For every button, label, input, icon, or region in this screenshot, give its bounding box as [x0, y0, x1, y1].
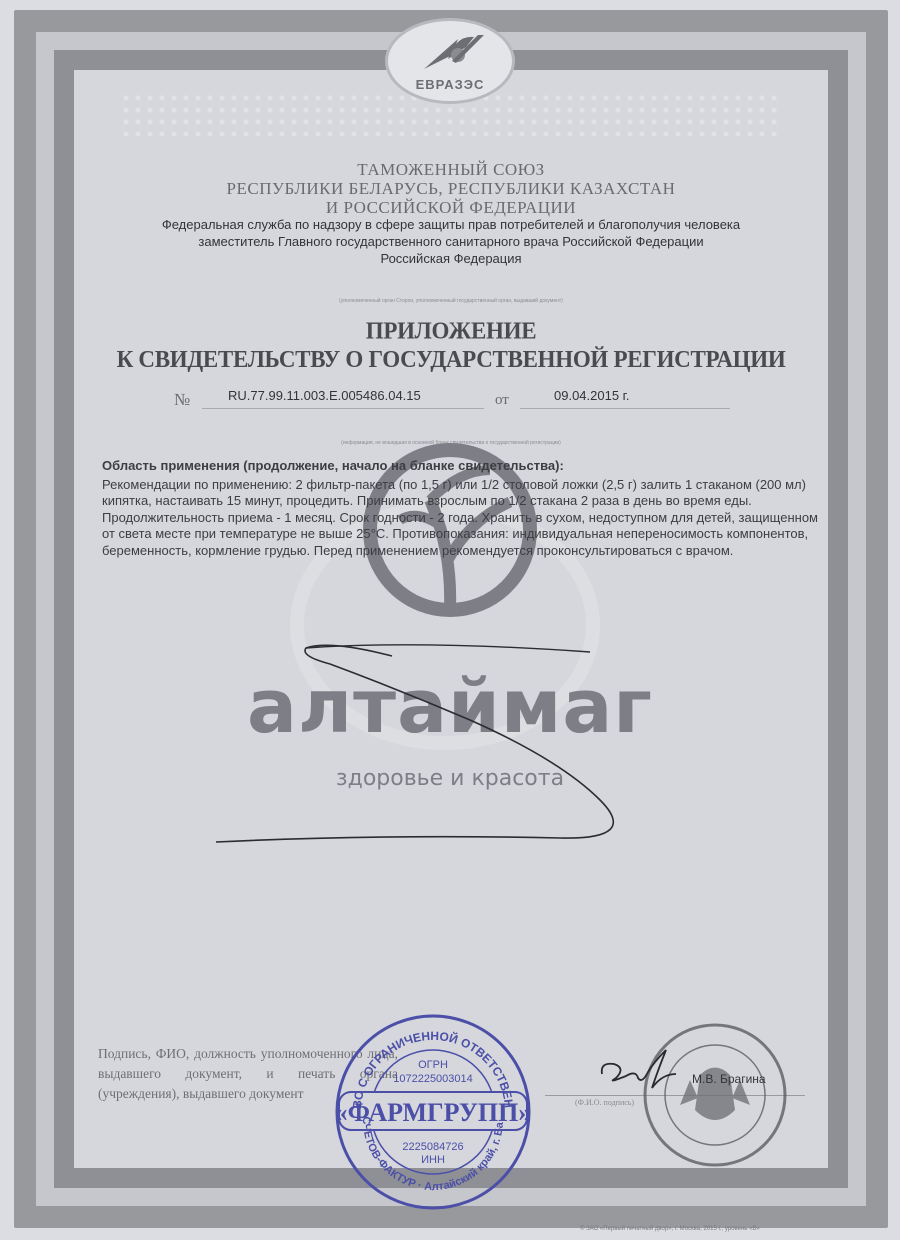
stamp-company-name: «ФАРМГРУПП» — [335, 1098, 532, 1127]
eurasec-emblem: ЕВРАЗЭС — [385, 18, 515, 104]
stamp-inn: 2225084726 — [402, 1141, 463, 1153]
registration-row: № RU.77.99.11.003.E.005486.04.15 от 09.0… — [160, 386, 760, 410]
application-scope: Область применения (продолжение, начало … — [102, 458, 822, 560]
title-line-1: ПРИЛОЖЕНИЕ — [74, 317, 828, 345]
scope-paragraph: Рекомендации по применению: 2 фильтр-пак… — [102, 477, 822, 560]
fio-caption: (Ф.И.О. подпись) — [575, 1098, 634, 1107]
registration-number: RU.77.99.11.003.E.005486.04.15 — [228, 388, 421, 403]
date-label: от — [495, 392, 509, 409]
title-line-2: К СВИДЕТЕЛЬСТВУ О ГОСУДАРСТВЕННОЙ РЕГИСТ… — [74, 345, 828, 373]
authority-caption: (уполномоченный орган Сторон, уполномоче… — [74, 298, 828, 304]
stamp-ogrn: 1072225003014 — [393, 1073, 473, 1085]
union-line: И РОССИЙСКОЙ ФЕДЕРАЦИИ — [74, 198, 828, 217]
agency-line: Федеральная служба по надзору в сфере за… — [74, 216, 828, 233]
customs-union-title: ТАМОЖЕННЫЙ СОЮЗ РЕСПУБЛИКИ БЕЛАРУСЬ, РЕС… — [74, 160, 828, 217]
number-label: № — [174, 390, 190, 410]
handwritten-signature — [596, 1044, 686, 1094]
date-underline — [520, 408, 730, 409]
eurasec-emblem-icon — [418, 29, 488, 73]
emblem-label: ЕВРАЗЭС — [388, 77, 512, 92]
agency-line: Российская Федерация — [74, 250, 828, 267]
printer-imprint: © ЗАО «Первый печатный двор», г. Москва,… — [580, 1226, 760, 1232]
document-title: ПРИЛОЖЕНИЕ К СВИДЕТЕЛЬСТВУ О ГОСУДАРСТВЕ… — [74, 317, 828, 374]
scope-heading: Область применения (продолжение, начало … — [102, 458, 822, 475]
brand-tagline: здоровье и красота — [0, 766, 900, 791]
company-stamp-icon: ОБЩЕСТВО С ОГРАНИЧЕННОЙ ОТВЕТСТВЕННОСТЬЮ… — [333, 1012, 533, 1212]
signatory-name: М.В. Брагина — [692, 1072, 766, 1086]
agency-line: заместитель Главного государственного са… — [74, 233, 828, 250]
number-underline — [202, 408, 484, 409]
issuing-agency: Федеральная служба по надзору в сфере за… — [74, 216, 828, 267]
stamp-ogrn-label: ОГРН — [418, 1059, 448, 1071]
union-line: РЕСПУБЛИКИ БЕЛАРУСЬ, РЕСПУБЛИКИ КАЗАХСТА… — [74, 179, 828, 198]
brand-watermark: алтаймаг — [0, 664, 900, 750]
union-line: ТАМОЖЕННЫЙ СОЮЗ — [74, 160, 828, 179]
registration-date: 09.04.2015 г. — [554, 388, 629, 403]
stamp-inn-label: ИНН — [421, 1154, 445, 1166]
russian-eagle-seal-icon — [640, 1020, 790, 1170]
